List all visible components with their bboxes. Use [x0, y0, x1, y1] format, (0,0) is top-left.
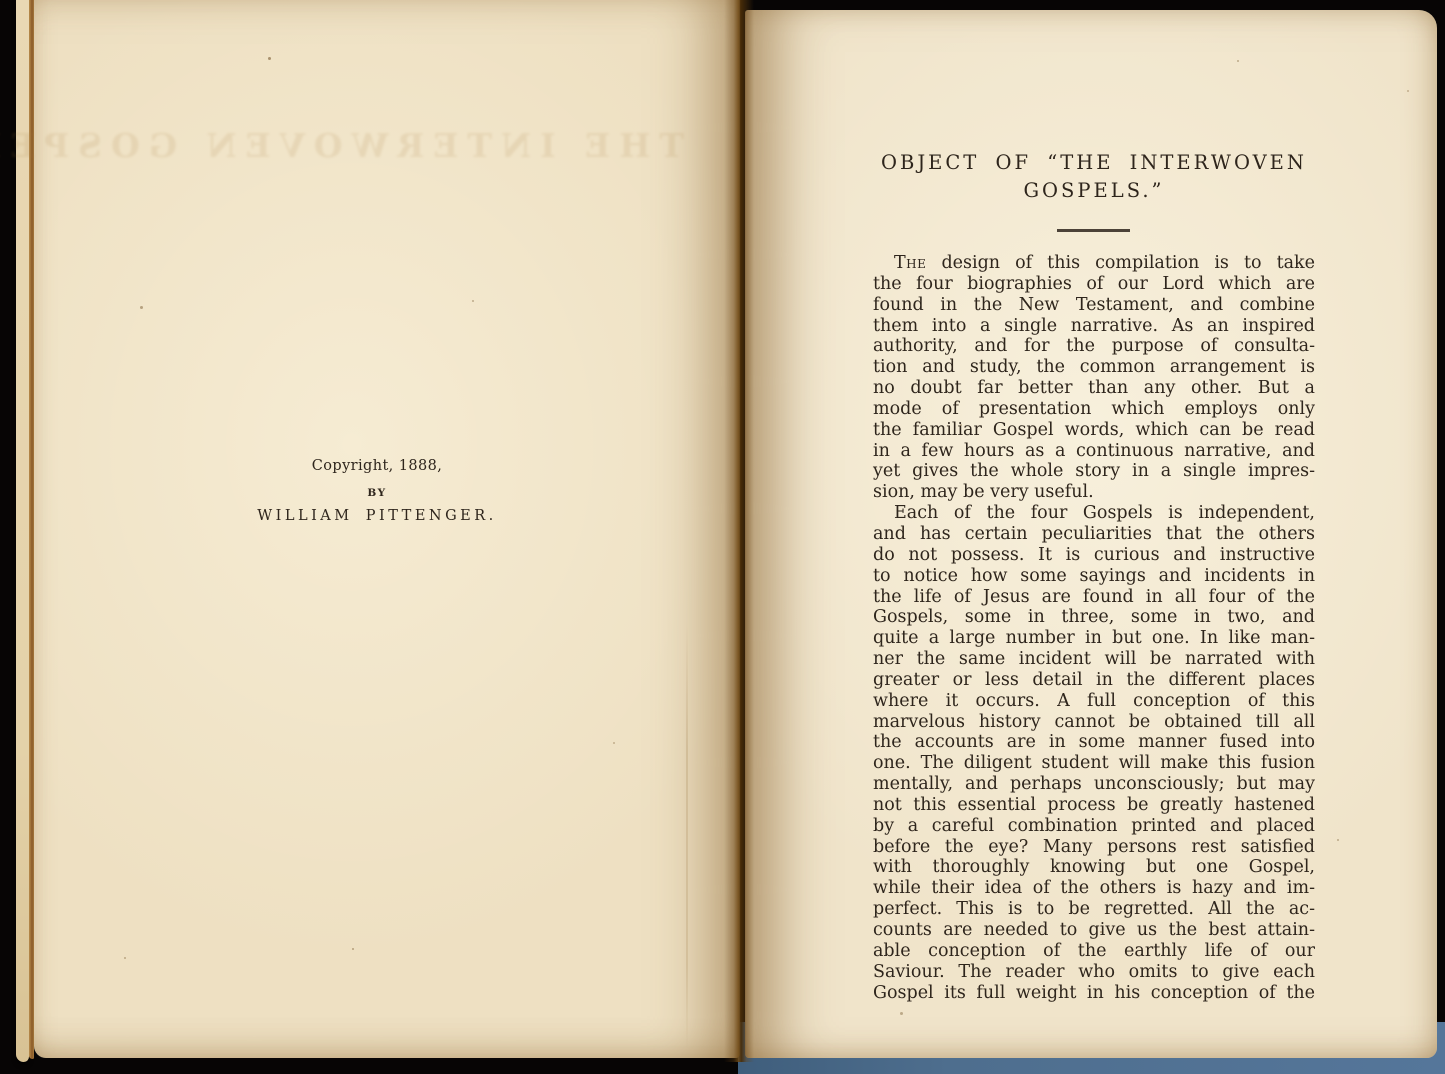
book-scan-photo: THE INTERWOVEN GOSPELS Copyright, 1888, … [0, 0, 1445, 1074]
text-line: marvelous history cannot be obtained til… [873, 712, 1315, 733]
text-line: and has certain peculiarities that the o… [873, 524, 1315, 545]
text-line: the familiar Gospel words, which can be … [873, 420, 1315, 441]
copyright-line: Copyright, 1888, [177, 458, 577, 474]
text-line: while their idea of the others is hazy a… [873, 878, 1315, 899]
speck [352, 948, 354, 950]
text-line: the four biographies of our Lord which a… [873, 274, 1315, 295]
text-line: not this essential process be greatly ha… [873, 795, 1315, 816]
right-page: OBJECT OF “THE INTERWOVEN GOSPELS.” The … [745, 10, 1437, 1058]
text-line: mode of presentation which employs only [873, 399, 1315, 420]
chapter-heading-line1: OBJECT OF “THE INTERWOVEN [871, 151, 1317, 174]
bleed-through-text: THE INTERWOVEN GOSPELS [94, 126, 684, 165]
page-crease [686, 620, 688, 1050]
text-line: The design of this compilation is to tak… [873, 253, 1315, 274]
text-line: authority, and for the purpose of consul… [873, 336, 1315, 357]
text-line: the accounts are in some manner fused in… [873, 732, 1315, 753]
text-line: tion and study, the common arrangement i… [873, 357, 1315, 378]
text-line: by a careful combination printed and pla… [873, 816, 1315, 837]
speck [960, 424, 962, 426]
speck [268, 57, 271, 60]
speck [1407, 90, 1409, 92]
left-page: THE INTERWOVEN GOSPELS Copyright, 1888, … [34, 0, 740, 1058]
text-line: counts are needed to give us the best at… [873, 920, 1315, 941]
by-line: BY [177, 487, 577, 499]
text-line: Saviour. The reader who omits to give ea… [873, 962, 1315, 983]
text-line: found in the New Testament, and combine [873, 295, 1315, 316]
text-line: in a few hours as a continuous narrative… [873, 441, 1315, 462]
author-line: WILLIAM PITTENGER. [177, 508, 577, 524]
text-line: where it occurs. A full conception of th… [873, 691, 1315, 712]
text-line: with thoroughly knowing but one Gospel, [873, 857, 1315, 878]
text-line: the life of Jesus are found in all four … [873, 587, 1315, 608]
text-line: sion, may be very useful. [873, 482, 1315, 503]
speck [1237, 60, 1239, 62]
text-line: no doubt far better than any other. But … [873, 378, 1315, 399]
speck [124, 957, 126, 959]
speck [140, 306, 143, 309]
text-line: ner the same incident will be narrated w… [873, 649, 1315, 670]
text-line: quite a large number in but one. In like… [873, 628, 1315, 649]
text-line: to notice how some sayings and incidents… [873, 566, 1315, 587]
text-line: Gospel its full weight in his conception… [873, 983, 1315, 1004]
text-line: Each of the four Gospels is independent, [873, 503, 1315, 524]
text-line: Gospels, some in three, some in two, and [873, 607, 1315, 628]
text-line: yet gives the whole story in a single im… [873, 461, 1315, 482]
text-line: before the eye? Many persons rest satisf… [873, 837, 1315, 858]
body-text: The design of this compilation is to tak… [873, 253, 1315, 1003]
text-line: greater or less detail in the different … [873, 670, 1315, 691]
text-line: them into a single narrative. As an insp… [873, 316, 1315, 337]
text-line: do not possess. It is curious and instru… [873, 545, 1315, 566]
text-line: one. The diligent student will make this… [873, 753, 1315, 774]
book-gutter [724, 0, 754, 1062]
text-line: perfect. This is to be regretted. All th… [873, 899, 1315, 920]
chapter-heading-line2: GOSPELS.” [871, 179, 1317, 202]
speck [900, 1012, 903, 1015]
text-line: mentally, and perhaps unconsciously; but… [873, 774, 1315, 795]
text-line: able conception of the earthly life of o… [873, 941, 1315, 962]
small-caps-lead: The [894, 253, 926, 273]
speck [472, 300, 474, 302]
speck [1337, 839, 1339, 841]
speck [613, 742, 615, 744]
speck [1100, 931, 1102, 933]
heading-rule [1057, 229, 1130, 232]
